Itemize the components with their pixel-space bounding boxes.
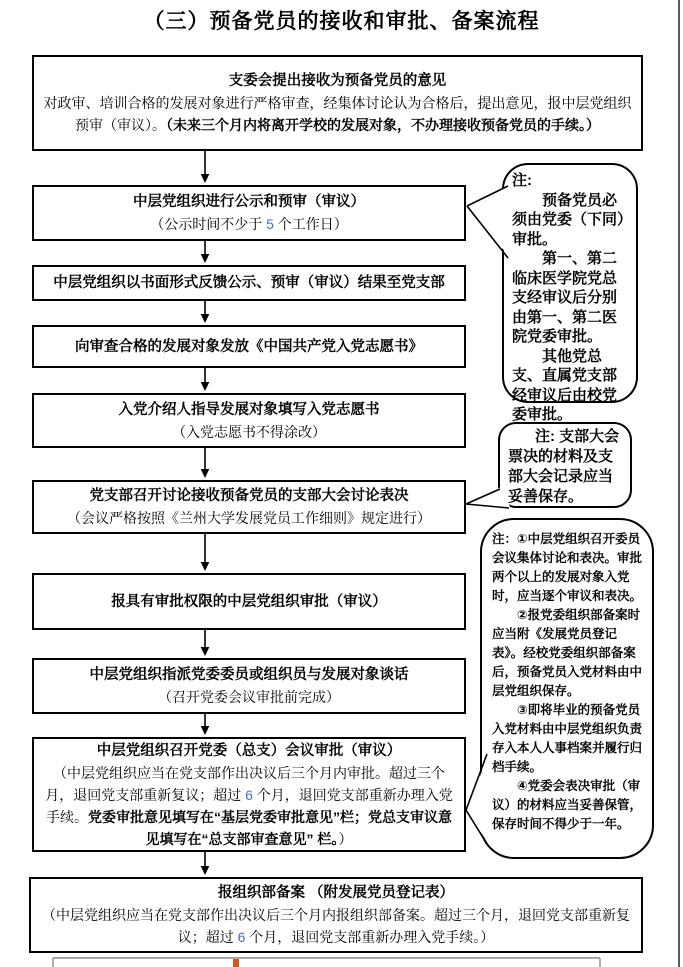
flow-box-body: （中层党组织应当在党支部作出决议后三个月内报组织部备案。超过三个月，退回党支部重… (40, 904, 632, 948)
down-arrow-icon (201, 630, 210, 656)
flow-box-appoint-talk: 中层党组织指派党委委员或组织员与发展对象谈话 （召开党委会议审批前完成） (32, 658, 466, 714)
flow-box-body: （会议严格按照《兰州大学发展党员工作细则》规定进行） (67, 507, 431, 529)
next-box-partial (53, 958, 600, 967)
flow-box-body: （中层党组织应当在党支部作出决议后三个月内审批。超过三个月，退回党支部重新复议；… (43, 762, 455, 850)
flow-box-written-feedback: 中层党组织以书面形式反馈公示、预审（审议）结果至党支部 (32, 265, 466, 301)
down-arrow-icon (201, 448, 210, 478)
flow-box-publicity-preview: 中层党组织进行公示和预审（审议） （公示时间不少于 5 个工作日） (32, 185, 466, 241)
flow-box-record-filing: 报组织部备案 （附发展党员登记表） （中层党组织应当在党支部作出决议后三个月内报… (29, 877, 643, 953)
down-arrow-icon (201, 714, 210, 735)
flow-box-branch-meeting-vote: 党支部召开讨论接收预备党员的支部大会讨论表决 （会议严格按照《兰州大学发展党员工… (32, 480, 466, 534)
callout-text: 注：①中层党组织召开委员会议集体讨论和表决。审批两个以上的发展对象入党时，应当逐… (492, 530, 642, 834)
flow-box-heading: 中层党组织召开党委（总支）会议审批（审议） (97, 740, 402, 762)
flow-box-heading: 报具有审批权限的中层党组织审批（审议） (111, 591, 387, 613)
down-arrow-icon (201, 368, 210, 391)
down-arrow-icon (201, 534, 210, 571)
callout-approval-details-note: 注：①中层党组织召开委员会议集体讨论和表决。审批两个以上的发展对象入党时，应当逐… (480, 518, 654, 859)
flow-box-heading: 报组织部备案 （附发展党员登记表） (218, 882, 454, 904)
flow-box-propose-opinion: 支委会提出接收为预备党员的意见 对政审、培训合格的发展对象进行严格审查，经集体讨… (32, 55, 643, 151)
flow-box-heading: 中层党组织进行公示和预审（审议） (133, 191, 365, 213)
flow-box-body: （入党志愿书不得涂改） (172, 421, 326, 443)
down-arrow-icon (201, 301, 210, 323)
flow-box-heading: 党支部召开讨论接收预备党员的支部大会讨论表决 (90, 485, 409, 507)
callout-text: 注: 支部大会票决的材料及支部大会记录应当妥善保存。 (508, 427, 622, 507)
flow-box-committee-approval-meeting: 中层党组织召开党委（总支）会议审批（审议） （中层党组织应当在党支部作出决议后三… (32, 737, 466, 852)
flow-box-body: （召开党委会议审批前完成） (158, 686, 340, 708)
flow-box-report-for-approval: 报具有审批权限的中层党组织审批（审议） (32, 573, 466, 630)
page-title: （三）预备党员的接收和审批、备案流程 (0, 5, 683, 35)
down-arrow-icon (201, 241, 210, 263)
flow-box-body: 对政审、培训合格的发展对象进行严格审查，经集体讨论认为合格后，提出意见，报中层党… (43, 92, 632, 136)
callout-approval-authority-note: 注:预备党员必须由党委（下同）审批。第一、第二临床医学院党总支经审议后分别由第一… (502, 163, 638, 403)
flow-box-body: （公示时间不少于 5 个工作日） (150, 213, 348, 235)
flowchart-page: （三）预备党员的接收和审批、备案流程 支委会提出接收为预备党员的意见 对政审、培… (0, 0, 683, 967)
down-arrow-icon (201, 852, 210, 875)
flow-box-heading: 入党介绍人指导发展对象填写入党志愿书 (119, 399, 380, 421)
next-arrow-fragment (233, 959, 239, 967)
flow-box-fill-application-book: 入党介绍人指导发展对象填写入党志愿书 （入党志愿书不得涂改） (32, 393, 466, 448)
callout-vote-materials-note: 注: 支部大会票决的材料及支部大会记录应当妥善保存。 (498, 422, 632, 508)
flow-box-heading: 中层党组织以书面形式反馈公示、预审（审议）结果至党支部 (53, 272, 445, 294)
callout-text: 注:预备党员必须由党委（下同）审批。第一、第二临床医学院党总支经审议后分别由第一… (512, 171, 628, 425)
down-arrow-icon (201, 151, 210, 183)
flow-box-issue-application-book: 向审查合格的发展对象发放《中国共产党入党志愿书》 (32, 325, 466, 368)
flow-box-heading: 向审查合格的发展对象发放《中国共产党入党志愿书》 (75, 336, 423, 358)
flow-box-heading: 中层党组织指派党委委员或组织员与发展对象谈话 (90, 664, 409, 686)
flow-box-heading: 支委会提出接收为预备党员的意见 (229, 70, 447, 92)
